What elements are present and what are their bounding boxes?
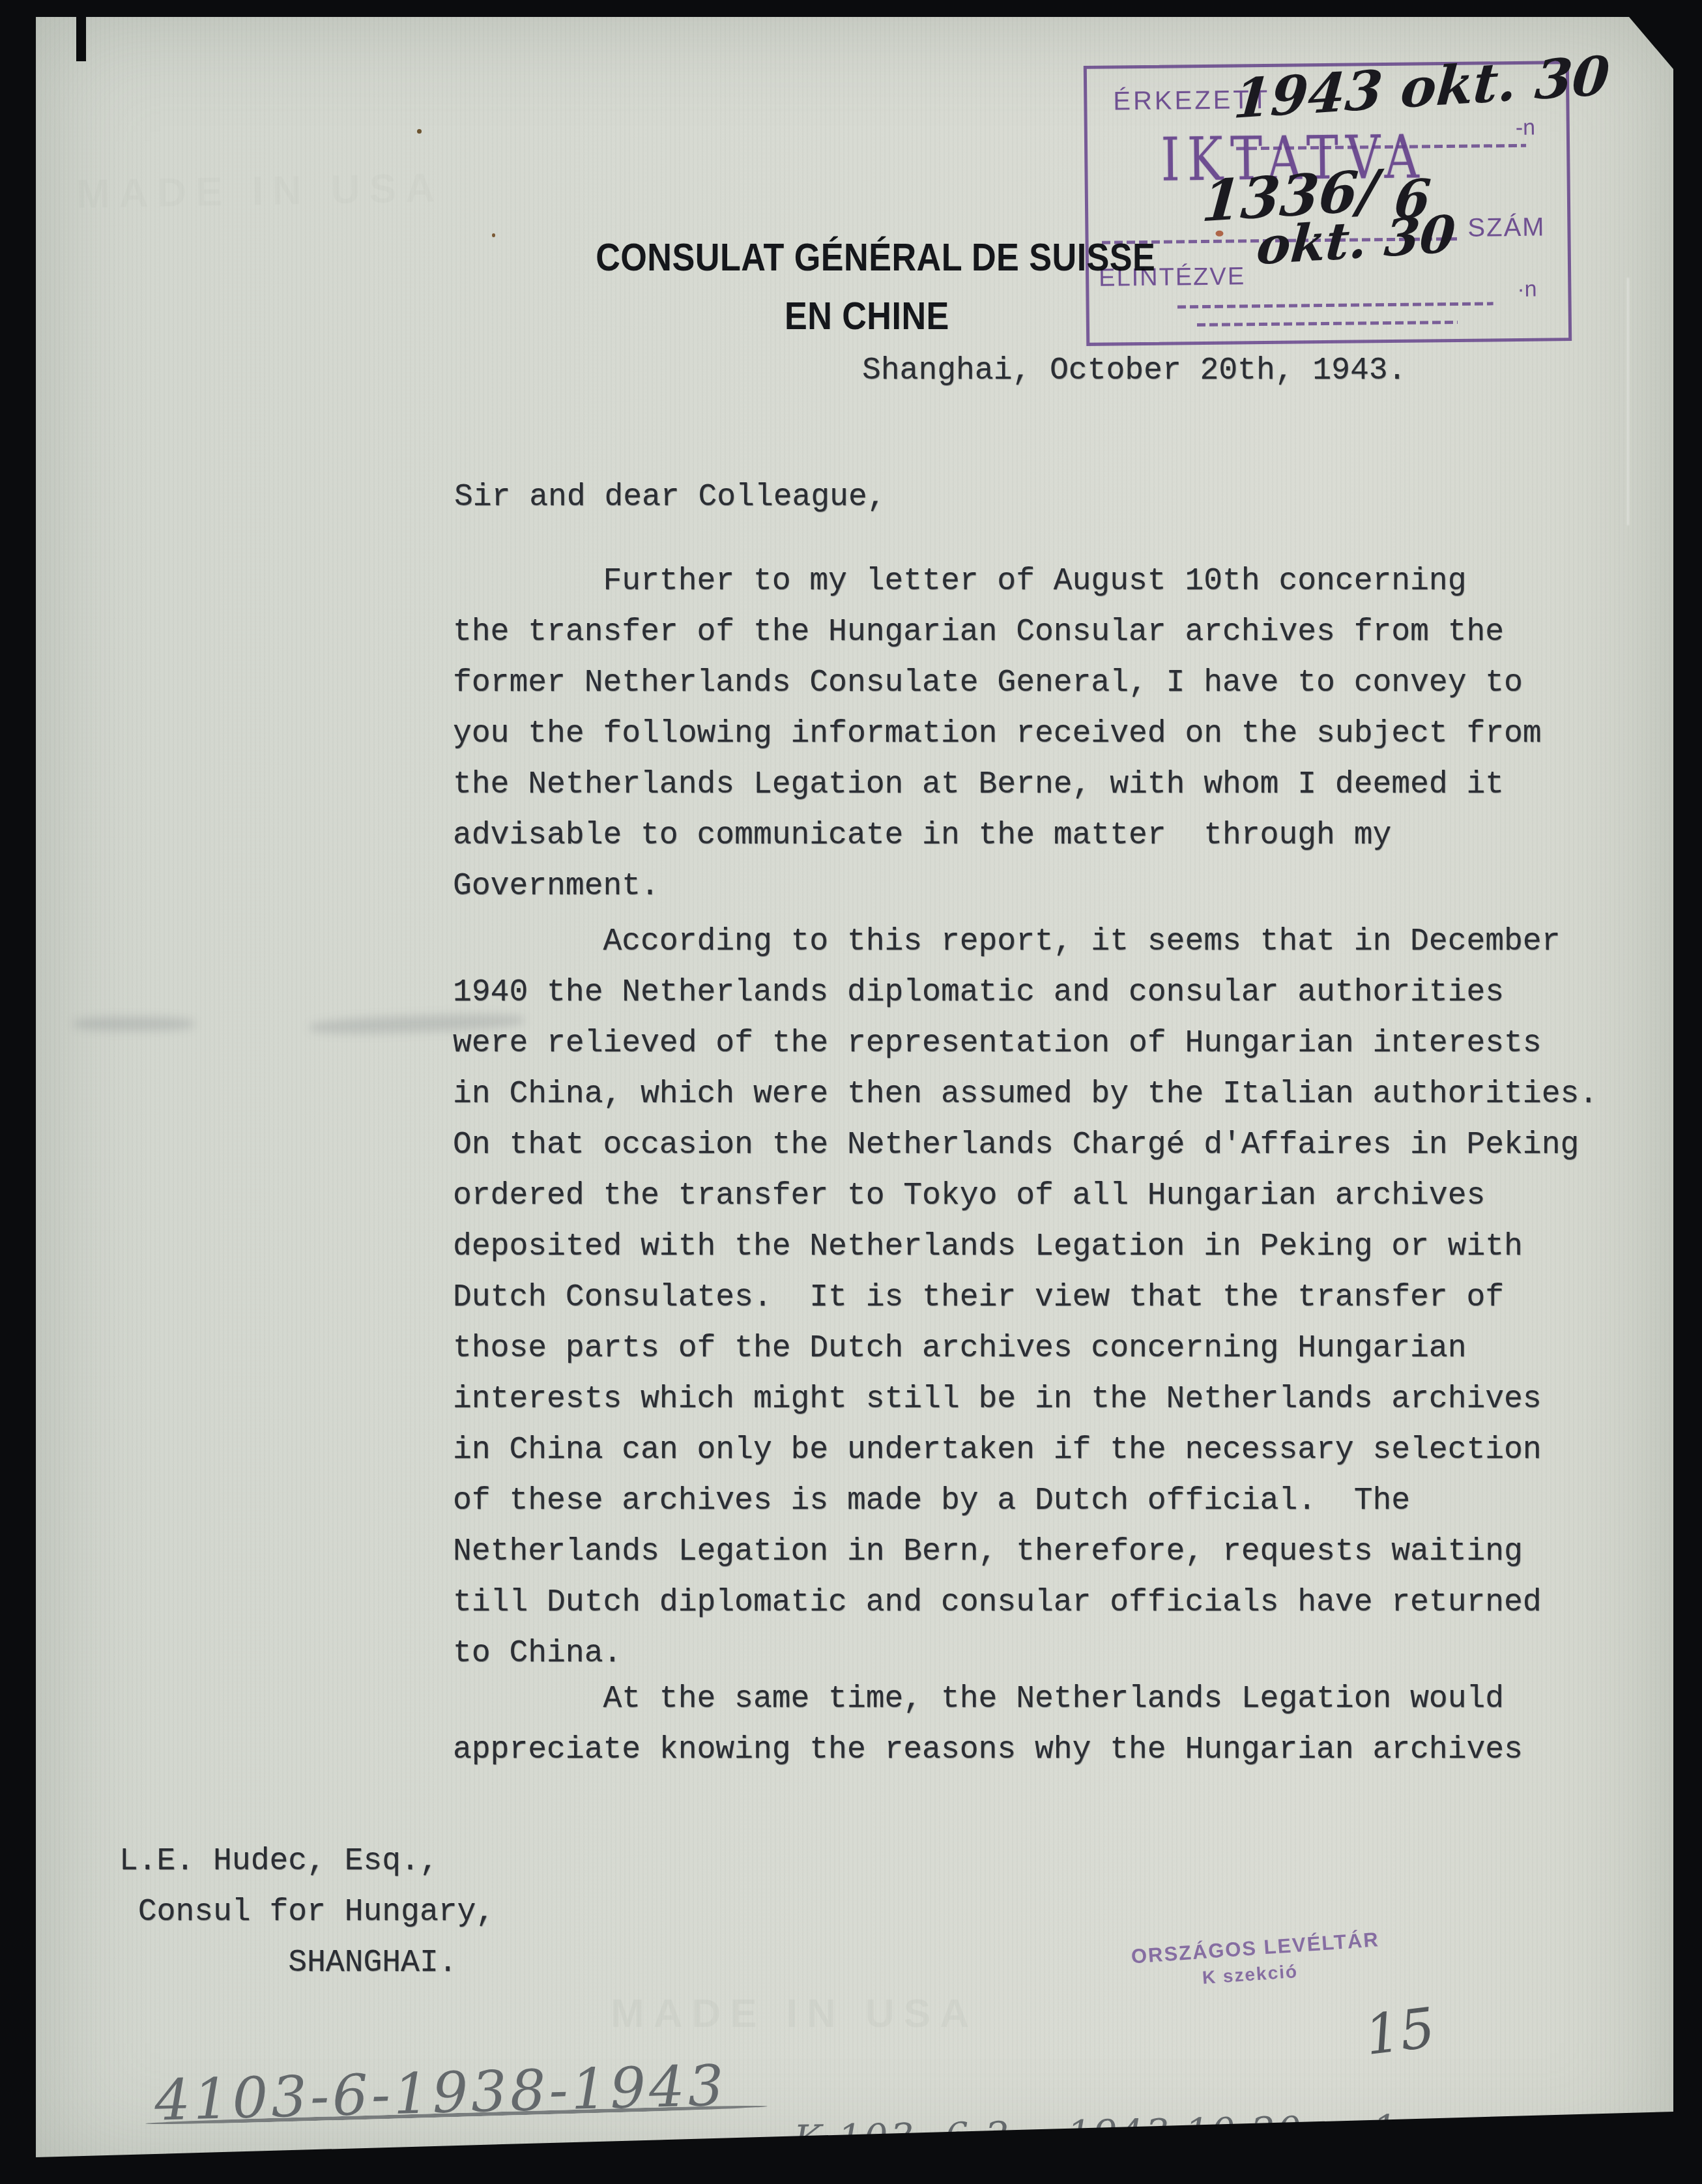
paragraph-1: Further to my letter of August 10th conc… — [453, 556, 1632, 912]
watermark-ghost-top: MADE IN USA — [76, 165, 444, 218]
salutation: Sir and dear Colleague, — [454, 472, 886, 523]
recipient-address: L.E. Hudec, Esq., Consul for Hungary, SH… — [119, 1836, 495, 1988]
pencil-bottom-reference: K 103- 6-2 1943.10.20 1. — [793, 2106, 1413, 2162]
letterhead-line2: EN CHINE — [785, 292, 949, 340]
stamp-elintezve-label: ELINTÉZVE — [1099, 263, 1245, 292]
stamp-szam-label: SZÁM — [1467, 213, 1546, 243]
stamp-erkezett-handwriting: 1943 okt. 30 — [1232, 44, 1612, 131]
stamp-dotted-line-3 — [1177, 302, 1493, 308]
letterhead-line1: CONSULAT GÉNÉRAL DE SUISSE — [596, 233, 1155, 282]
pencil-page-number: 15 — [1361, 1996, 1438, 2067]
stamp-dotted-line-4 — [1197, 321, 1458, 327]
paragraph-2: According to this report, it seems that … — [453, 916, 1632, 1679]
watermark-ghost-bottom: MADE IN USA — [611, 1990, 978, 2037]
paper-speck — [492, 233, 495, 237]
scan-notch — [76, 0, 86, 61]
stamp-elintezve-handwriting: okt. 30 — [1254, 205, 1457, 277]
archive-stamp: ORSZÁGOS LEVÉLTÁR K szekció — [1131, 1929, 1368, 1994]
stamp-suffix-n2: ·n — [1517, 277, 1537, 302]
document-scan: MADE IN USA MADE IN USA CONSULAT GÉNÉRAL… — [0, 0, 1702, 2184]
letter-page: MADE IN USA MADE IN USA CONSULAT GÉNÉRAL… — [36, 17, 1673, 2168]
paper-speck — [417, 129, 422, 134]
registry-stamp: ÉRKEZETT 1943 okt. 30 -n IKTATVA 1336/ 6… — [1084, 61, 1572, 346]
stamp-suffix-n: -n — [1516, 115, 1536, 141]
ink-smudge-small — [74, 1017, 194, 1031]
paper-crease — [1627, 278, 1629, 525]
paragraph-3: At the same time, the Netherlands Legati… — [453, 1674, 1632, 1775]
dateline: Shanghai, October 20th, 1943. — [862, 345, 1406, 396]
